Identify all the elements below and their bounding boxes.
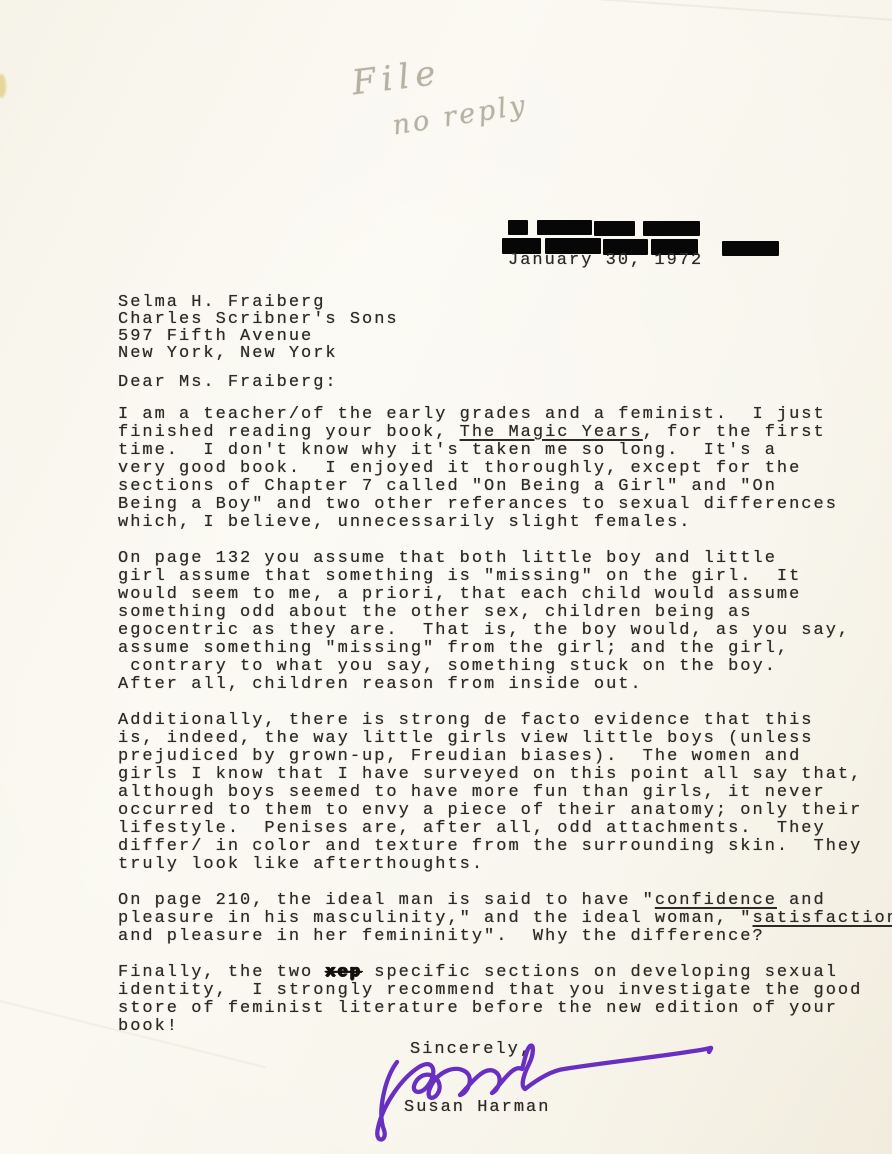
text-line: lifestyle. Penises are, after all, odd a… bbox=[118, 820, 892, 838]
underlined-text: confidence bbox=[655, 891, 777, 910]
text-line: egocentric as they are. That is, the boy… bbox=[118, 622, 892, 640]
text-run: and pleasure in her femininity". Why the… bbox=[118, 927, 765, 946]
text-line: finished reading your book, The Magic Ye… bbox=[118, 424, 892, 442]
text-run: finished reading your book, bbox=[118, 423, 460, 442]
paragraph: On page 132 you assume that both little … bbox=[118, 550, 892, 694]
text-line: After all, children reason from inside o… bbox=[118, 676, 892, 694]
letter-body: I am a teacher/of the early grades and a… bbox=[118, 406, 892, 1054]
text-line: book! bbox=[118, 1018, 892, 1036]
text-run: something odd about the other sex, child… bbox=[118, 603, 753, 622]
text-line: girls I know that I have surveyed on thi… bbox=[118, 766, 892, 784]
underlined-text: satisfaction bbox=[753, 909, 892, 928]
text-line: which, I believe, unnecessarily slight f… bbox=[118, 514, 892, 532]
text-line: sections of Chapter 7 called "On Being a… bbox=[118, 478, 892, 496]
redaction-bar bbox=[537, 220, 592, 235]
text-line: very good book. I enjoyed it thoroughly,… bbox=[118, 460, 892, 478]
text-run: girls I know that I have surveyed on thi… bbox=[118, 765, 862, 784]
text-run: pleasure in his masculinity," and the id… bbox=[118, 909, 753, 928]
underlined-text: The Magic Years bbox=[460, 423, 643, 442]
text-run: time. I don't know why it's taken me so … bbox=[118, 441, 777, 460]
text-line: and pleasure in her femininity". Why the… bbox=[118, 928, 892, 946]
text-line: Being a Boy" and two other referances to… bbox=[118, 496, 892, 514]
text-run: egocentric as they are. That is, the boy… bbox=[118, 621, 850, 640]
letter-page: File no reply January 30, 1972 Selma H. … bbox=[0, 0, 892, 1154]
redaction-bar bbox=[722, 241, 779, 256]
pencil-note-noreply: no reply bbox=[390, 90, 529, 142]
text-line: girl assume that something is "missing" … bbox=[118, 568, 892, 586]
text-line: prejudiced by grown-up, Freudian biases)… bbox=[118, 748, 892, 766]
date-line: January 30, 1972 bbox=[508, 252, 703, 270]
redaction-bar bbox=[594, 221, 635, 236]
text-run: very good book. I enjoyed it thoroughly,… bbox=[118, 459, 801, 478]
paper-crease bbox=[520, 0, 892, 21]
text-run: would seem to me, a priori, that each ch… bbox=[118, 585, 801, 604]
text-line: identity, I strongly recommend that you … bbox=[118, 982, 892, 1000]
text-run: lifestyle. Penises are, after all, odd a… bbox=[118, 819, 826, 838]
salutation: Dear Ms. Fraiberg: bbox=[118, 374, 338, 392]
pencil-note-file: File bbox=[350, 53, 444, 104]
address-line: New York, New York bbox=[118, 345, 399, 362]
signature-handwritten bbox=[372, 1038, 722, 1148]
text-run: girl assume that something is "missing" … bbox=[118, 567, 801, 586]
overstruck-text: xep bbox=[325, 963, 362, 982]
text-run: On page 210, the ideal man is said to ha… bbox=[118, 891, 655, 910]
text-line: although boys seemed to have more fun th… bbox=[118, 784, 892, 802]
text-run: differ/ in color and texture from the su… bbox=[118, 837, 862, 856]
text-run: book! bbox=[118, 1017, 179, 1036]
text-run: which, I believe, unnecessarily slight f… bbox=[118, 513, 691, 532]
text-line: On page 132 you assume that both little … bbox=[118, 550, 892, 568]
recipient-address: Selma H. FraibergCharles Scribner's Sons… bbox=[118, 294, 399, 362]
text-line: time. I don't know why it's taken me so … bbox=[118, 442, 892, 460]
text-line: Finally, the two xep specific sections o… bbox=[118, 964, 892, 982]
typed-signature-name: Susan Harman bbox=[404, 1099, 550, 1117]
paragraph: Finally, the two xep specific sections o… bbox=[118, 964, 892, 1036]
paragraph: On page 210, the ideal man is said to ha… bbox=[118, 892, 892, 946]
text-run: On page 132 you assume that both little … bbox=[118, 549, 777, 568]
address-line: 597 Fifth Avenue bbox=[118, 328, 399, 345]
text-run: sections of Chapter 7 called "On Being a… bbox=[118, 477, 777, 496]
paper-stain bbox=[0, 74, 6, 98]
redaction-bar bbox=[643, 221, 700, 236]
text-line: assume something "missing" from the girl… bbox=[118, 640, 892, 658]
text-line: differ/ in color and texture from the su… bbox=[118, 838, 892, 856]
redaction-bar bbox=[508, 220, 528, 235]
text-line: contrary to what you say, something stuc… bbox=[118, 658, 892, 676]
address-line: Charles Scribner's Sons bbox=[118, 311, 399, 328]
paragraph: Additionally, there is strong de facto e… bbox=[118, 712, 892, 874]
text-run: is, indeed, the way little girls view li… bbox=[118, 729, 814, 748]
address-line: Selma H. Fraiberg bbox=[118, 294, 399, 311]
text-line: Additionally, there is strong de facto e… bbox=[118, 712, 892, 730]
text-run: identity, I strongly recommend that you … bbox=[118, 981, 862, 1000]
text-line: would seem to me, a priori, that each ch… bbox=[118, 586, 892, 604]
text-run: contrary to what you say, something stuc… bbox=[118, 657, 777, 676]
text-run: specific sections on developing sexual bbox=[362, 963, 838, 982]
text-run: Finally, the two bbox=[118, 963, 325, 982]
text-run: occurred to them to envy a piece of thei… bbox=[118, 801, 862, 820]
text-line: something odd about the other sex, child… bbox=[118, 604, 892, 622]
text-run: Being a Boy" and two other referances to… bbox=[118, 495, 838, 514]
text-line: store of feminist literature before the … bbox=[118, 1000, 892, 1018]
paragraph: I am a teacher/of the early grades and a… bbox=[118, 406, 892, 532]
text-run: store of feminist literature before the … bbox=[118, 999, 838, 1018]
text-line: pleasure in his masculinity," and the id… bbox=[118, 910, 892, 928]
text-line: truly look like afterthoughts. bbox=[118, 856, 892, 874]
text-run: assume something "missing" from the girl… bbox=[118, 639, 789, 658]
text-run: , for the first bbox=[643, 423, 826, 442]
text-run: truly look like afterthoughts. bbox=[118, 855, 484, 874]
text-line: I am a teacher/of the early grades and a… bbox=[118, 406, 892, 424]
text-line: is, indeed, the way little girls view li… bbox=[118, 730, 892, 748]
text-line: occurred to them to envy a piece of thei… bbox=[118, 802, 892, 820]
text-line: On page 210, the ideal man is said to ha… bbox=[118, 892, 892, 910]
text-run: Additionally, there is strong de facto e… bbox=[118, 711, 814, 730]
text-run: prejudiced by grown-up, Freudian biases)… bbox=[118, 747, 801, 766]
text-run: I am a teacher/of the early grades and a… bbox=[118, 405, 826, 424]
text-run: although boys seemed to have more fun th… bbox=[118, 783, 826, 802]
text-run: and bbox=[777, 891, 826, 910]
text-run: After all, children reason from inside o… bbox=[118, 675, 643, 694]
